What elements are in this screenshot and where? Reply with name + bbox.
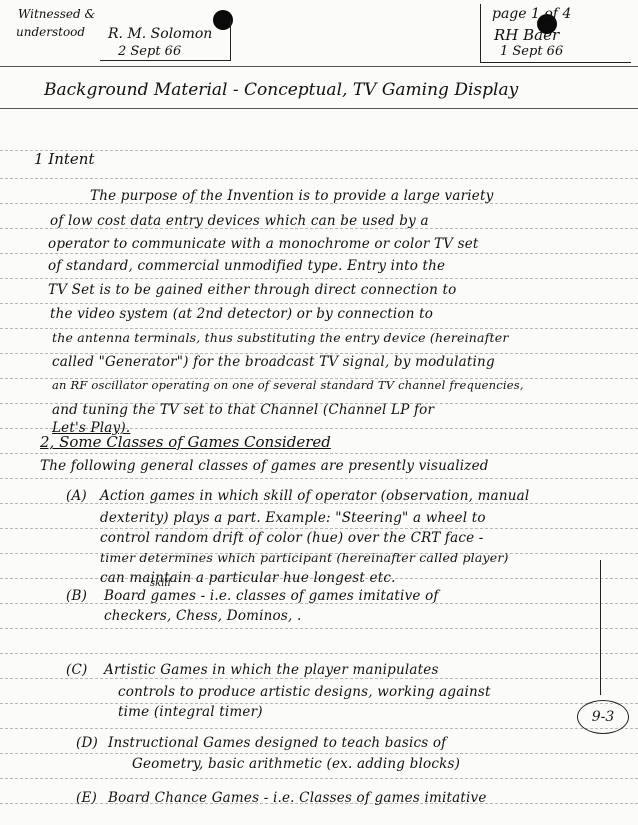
intent-line: and tuning the TV set to that Channel (C… (52, 402, 434, 418)
item-c-line: controls to produce artistic designs, wo… (118, 684, 491, 700)
item-label-a: (A) (66, 488, 87, 504)
item-b-line: Board games - i.e. classes of games imit… (104, 588, 439, 604)
section-1-heading: 1 Intent (34, 150, 95, 168)
rule-line (0, 150, 638, 151)
rule-line (0, 703, 638, 704)
item-b-line: checkers, Chess, Dominos, . (104, 608, 302, 624)
author-date: 1 Sept 66 (500, 44, 563, 59)
intent-line: The purpose of the Invention is to provi… (90, 188, 493, 204)
intent-line: the video system (at 2nd detector) or by… (50, 306, 433, 322)
rule-line (0, 478, 638, 479)
intent-line: the antenna terminals, thus substituting… (52, 330, 509, 345)
item-a-line: dexterity) plays a part. Example: "Steer… (100, 510, 486, 526)
intent-line: of standard, commercial unmodified type.… (48, 258, 445, 274)
rule-line (0, 278, 638, 279)
rule-line (0, 108, 638, 109)
section-2-heading: 2, Some Classes of Games Considered (40, 433, 331, 451)
witness-label-line1: Witnessed & (18, 8, 95, 20)
rule-line (0, 178, 638, 179)
page-title: Background Material - Conceptual, TV Gam… (44, 80, 518, 100)
rule-line (0, 753, 638, 754)
intent-line: of low cost data entry devices which can… (50, 213, 429, 229)
item-label-c: (C) (66, 662, 87, 678)
item-a-line: can maintain a particular hue longest et… (100, 570, 396, 586)
rule-line (0, 303, 638, 304)
intent-line: called "Generator") for the broadcast TV… (52, 354, 495, 370)
author-initials: RH Baer (494, 26, 559, 44)
item-c-line: Artistic Games in which the player manip… (104, 662, 439, 678)
item-e-line: Board Chance Games - i.e. Classes of gam… (108, 790, 487, 806)
item-d-line: Geometry, basic arithmetic (ex. adding b… (132, 756, 460, 772)
section-2-intro: The following general classes of games a… (40, 458, 489, 474)
witness-signature: R. M. Solomon (108, 26, 212, 42)
item-a-line: Action games in which skill of operator … (100, 488, 529, 504)
margin-note: 9-3 (577, 700, 629, 734)
rule-line (0, 628, 638, 629)
rule-line (0, 66, 638, 67)
rule-line (0, 678, 638, 679)
margin-arrow-icon (600, 560, 601, 695)
rule-line (0, 453, 638, 454)
intent-line: operator to communicate with a monochrom… (48, 236, 479, 252)
rule-line (0, 528, 638, 529)
witness-date: 2 Sept 66 (118, 44, 181, 59)
rule-line (0, 728, 638, 729)
page-label: page 1 of 4 (492, 6, 571, 22)
item-a-line: control random drift of color (hue) over… (100, 530, 484, 546)
item-label-e: (E) (76, 790, 97, 806)
rule-line (0, 778, 638, 779)
intent-line: TV Set is to be gained either through di… (48, 282, 456, 298)
item-a-line: timer determines which participant (here… (100, 550, 509, 565)
item-c-line: time (integral timer) (118, 704, 263, 720)
rule-line (0, 253, 638, 254)
item-label-b: (B) (66, 588, 87, 604)
document-page: Witnessed & understood R. M. Solomon 2 S… (0, 0, 638, 825)
rule-line (0, 328, 638, 329)
witness-label-line2: understood (16, 26, 85, 38)
rule-line (0, 653, 638, 654)
item-d-line: Instructional Games designed to teach ba… (108, 735, 446, 751)
intent-line: an RF oscillator operating on one of sev… (52, 378, 524, 392)
item-label-d: (D) (76, 735, 98, 751)
